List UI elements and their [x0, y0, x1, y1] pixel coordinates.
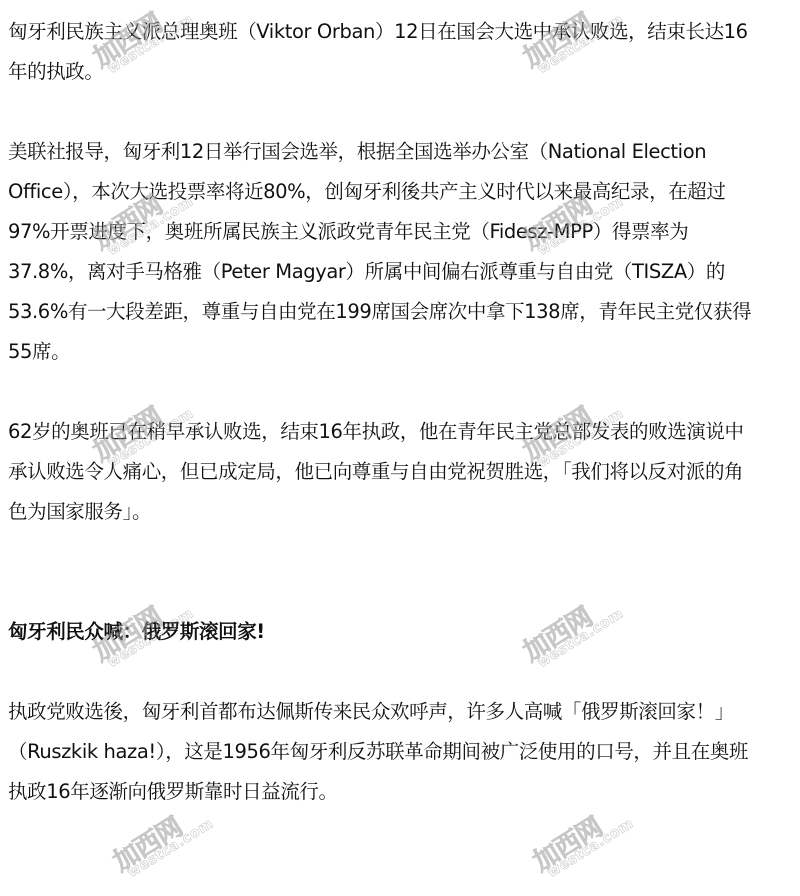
text-line: 美联社报导，匈牙利12日举行国会选举，根据全国选举办公室（National El… [8, 132, 798, 172]
text-line: 色为国家服务」。 [8, 492, 798, 532]
text-line: Office），本次大选投票率将近80%，创匈牙利後共产主义时代以来最高纪录，在… [8, 172, 798, 212]
text-line: 53.6%有一大段差距，尊重与自由党在199席国会席次中拿下138席，青年民主党… [8, 292, 798, 332]
paragraph-election-results: 美联社报导，匈牙利12日举行国会选举，根据全国选举办公室（National El… [8, 132, 798, 372]
watermark-logo: 加西网 westca.com [525, 805, 619, 890]
paragraph-lede: 匈牙利民族主义派总理奥班（Viktor Orban）12日在国会大选中承认败选，… [8, 12, 798, 92]
text-line: 执政16年逐渐向俄罗斯靠时日益流行。 [8, 772, 798, 812]
paragraph-celebration: 执政党败选後，匈牙利首都布达佩斯传来民众欢呼声，许多人高喊「俄罗斯滚回家！」 （… [8, 692, 798, 812]
text-line: 承认败选令人痛心，但已成定局，他已向尊重与自由党祝贺胜选，「我们将以反对派的角 [8, 452, 798, 492]
text-line: 62岁的奥班已在稍早承认败选，结束16年执政，他在青年民主党总部发表的败选演说中 [8, 412, 798, 452]
article-body: 匈牙利民族主义派总理奥班（Viktor Orban）12日在国会大选中承认败选，… [8, 12, 798, 812]
text-line: 37.8%，离对手马格雅（Peter Magyar）所属中间偏右派尊重与自由党（… [8, 252, 798, 292]
text-line: 97%开票进度下，奥班所属民族主义派政党青年民主党（Fidesz-MPP）得票率… [8, 212, 798, 252]
paragraph-concession: 62岁的奥班已在稍早承认败选，结束16年执政，他在青年民主党总部发表的败选演说中… [8, 412, 798, 532]
text-line: 55席。 [8, 332, 798, 372]
text-line: 年的执政。 [8, 52, 798, 92]
text-line: （Ruszkik haza!），这是1956年匈牙利反苏联革命期间被广泛使用的口… [8, 732, 798, 772]
text-line: 执政党败选後，匈牙利首都布达佩斯传来民众欢呼声，许多人高喊「俄罗斯滚回家！」 [8, 692, 798, 732]
section-heading: 匈牙利民众喊：俄罗斯滚回家! [8, 612, 798, 652]
text-line: 匈牙利民族主义派总理奥班（Viktor Orban）12日在国会大选中承认败选，… [8, 12, 798, 52]
watermark-logo: 加西网 westca.com [105, 805, 199, 890]
